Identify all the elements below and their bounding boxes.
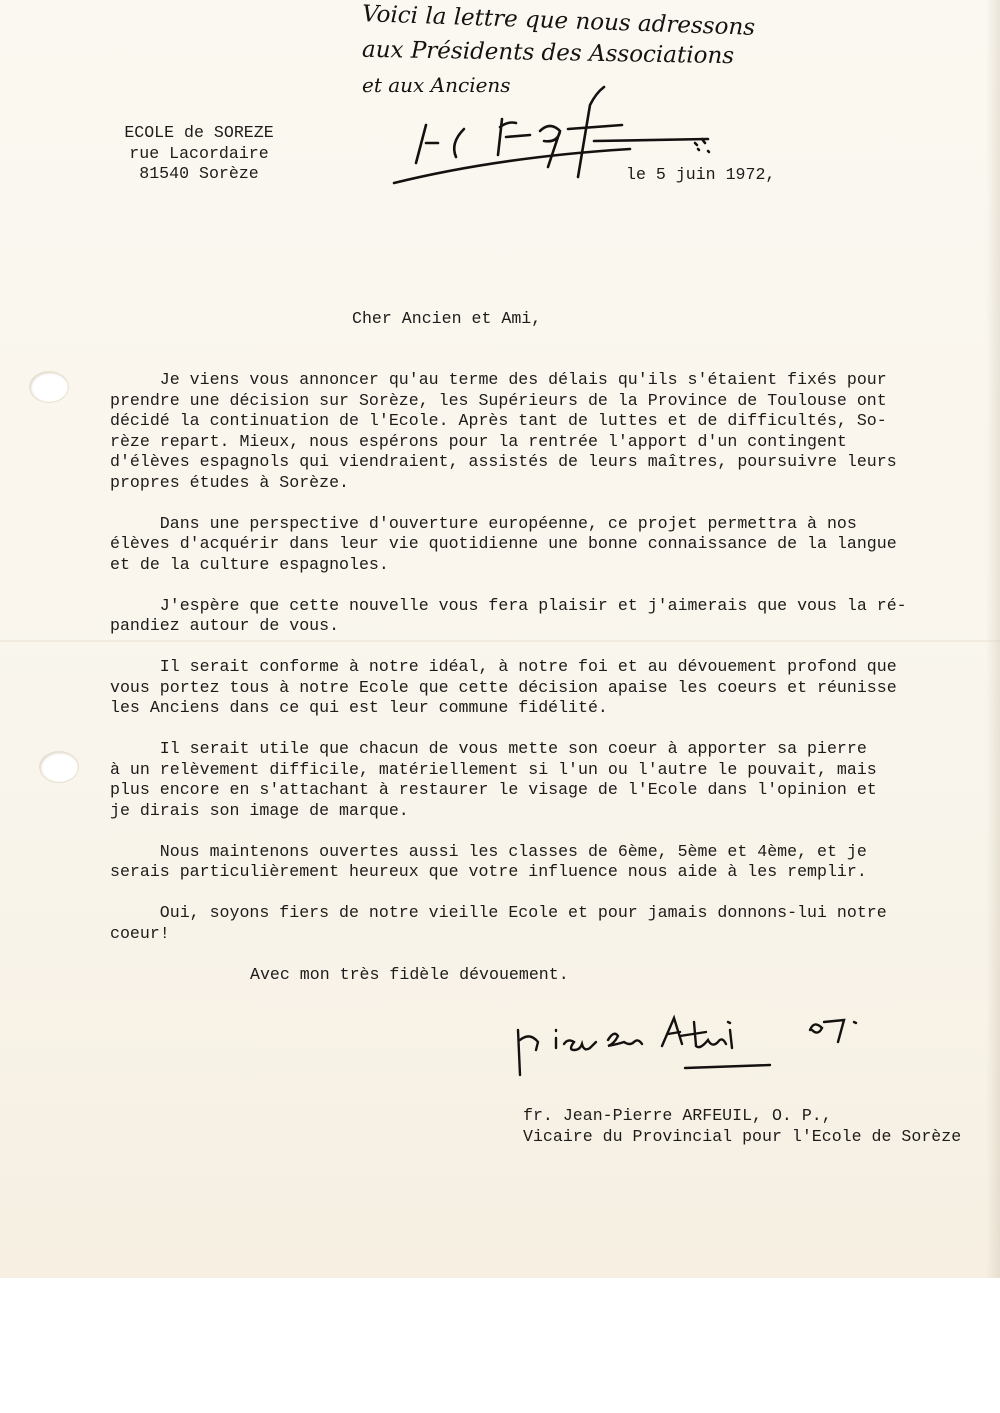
letterhead-address: ECOLE de SOREZE rue Lacordaire 81540 Sor… xyxy=(109,123,289,185)
salutation: Cher Ancien et Ami, xyxy=(352,309,541,330)
body-line: plus encore en s'attachant à restaurer l… xyxy=(110,780,910,801)
paragraph-7: Oui, soyons fiers de notre vieille Ecole… xyxy=(110,903,910,944)
body-line: élèves d'acquérir dans leur vie quotidie… xyxy=(110,534,910,555)
body-line: pandiez autour de vous. xyxy=(110,616,910,637)
body-line: je dirais son image de marque. xyxy=(110,801,910,822)
body-line: Nous maintenons ouvertes aussi les class… xyxy=(110,842,910,863)
body-line: Il serait conforme à notre idéal, à notr… xyxy=(110,657,910,678)
handwritten-note-line-1: Voici la lettre que nous adressons xyxy=(362,1,756,41)
body-line: prendre une décision sur Sorèze, les Sup… xyxy=(110,391,910,412)
letterhead-school-name: ECOLE de SOREZE xyxy=(109,123,289,144)
letter-body: Je viens vous annoncer qu'au terme des d… xyxy=(110,370,910,965)
body-line: décidé la continuation de l'Ecole. Après… xyxy=(110,411,910,432)
signatory-title: Vicaire du Provincial pour l'Ecole de So… xyxy=(523,1127,961,1148)
body-line: Dans une perspective d'ouverture europée… xyxy=(110,514,910,535)
body-line: Je viens vous annoncer qu'au terme des d… xyxy=(110,370,910,391)
closing-formula: Avec mon très fidèle dévouement. xyxy=(250,965,569,986)
body-line: d'élèves espagnols qui viendraient, assi… xyxy=(110,452,910,473)
letterhead-postcode-city: 81540 Sorèze xyxy=(109,164,289,185)
letterhead-street: rue Lacordaire xyxy=(109,144,289,165)
body-line: propres études à Sorèze. xyxy=(110,473,910,494)
scan-blank-margin xyxy=(0,1278,1000,1413)
punch-hole-top xyxy=(30,372,68,402)
body-line: vous portez tous à notre Ecole que cette… xyxy=(110,678,910,699)
paragraph-3: J'espère que cette nouvelle vous fera pl… xyxy=(110,596,910,637)
body-line: J'espère que cette nouvelle vous fera pl… xyxy=(110,596,910,617)
signatory-name: fr. Jean-Pierre ARFEUIL, O. P., xyxy=(523,1106,832,1127)
body-line: Oui, soyons fiers de notre vieille Ecole… xyxy=(110,903,910,924)
body-line: les Anciens dans ce qui est leur commune… xyxy=(110,698,910,719)
letter-date: le 5 juin 1972, xyxy=(626,165,775,186)
body-line: et de la culture espagnoles. xyxy=(110,555,910,576)
paragraph-5: Il serait utile que chacun de vous mette… xyxy=(110,739,910,821)
handwritten-signature-icon xyxy=(510,1000,890,1080)
handwritten-note-line-2: aux Présidents des Associations xyxy=(362,37,734,69)
paragraph-2: Dans une perspective d'ouverture europée… xyxy=(110,514,910,576)
paragraph-6: Nous maintenons ouvertes aussi les class… xyxy=(110,842,910,883)
body-line: à un relèvement difficile, matériellemen… xyxy=(110,760,910,781)
body-line: rèze repart. Mieux, nous espérons pour l… xyxy=(110,432,910,453)
paragraph-1: Je viens vous annoncer qu'au terme des d… xyxy=(110,370,910,493)
letter-page: Voici la lettre que nous adressons aux P… xyxy=(0,0,1000,1278)
paragraph-4: Il serait conforme à notre idéal, à notr… xyxy=(110,657,910,719)
body-line: coeur! xyxy=(110,924,910,945)
punch-hole-bottom xyxy=(40,752,78,782)
body-line: Il serait utile que chacun de vous mette… xyxy=(110,739,910,760)
body-line: serais particulièrement heureux que votr… xyxy=(110,862,910,883)
